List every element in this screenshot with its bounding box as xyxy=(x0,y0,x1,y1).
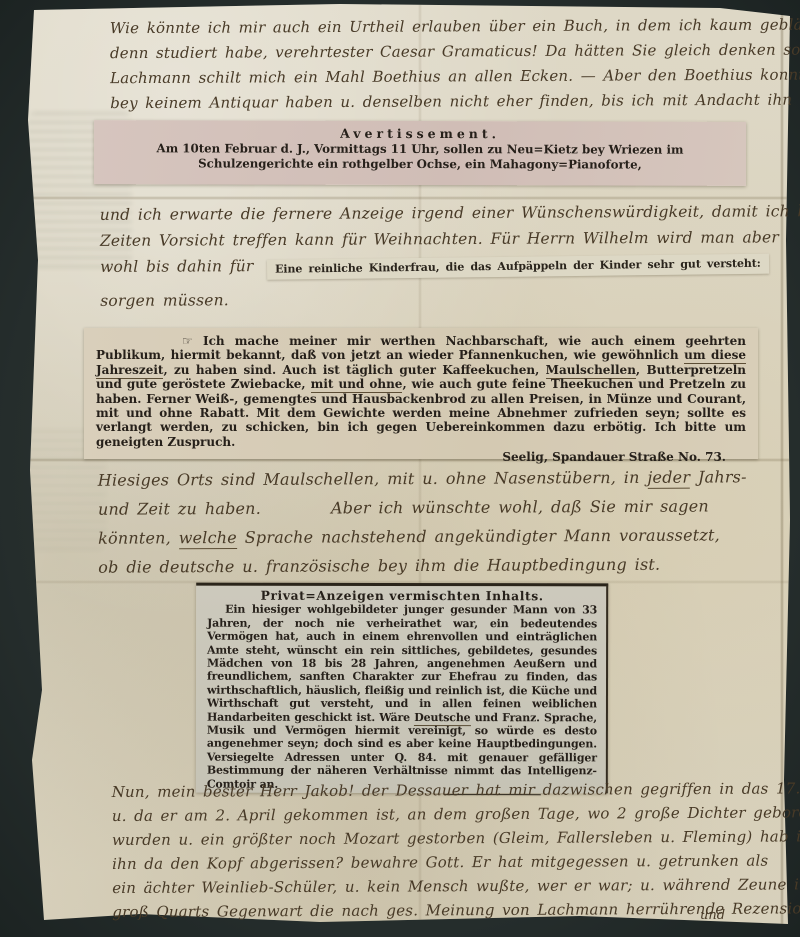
handwritten-line: Nun, mein bester Herr Jakob! der Dessaue… xyxy=(112,776,800,804)
clipping-bakery-ad: ☞ Ich mache meiner mir werthen Nachbarsc… xyxy=(84,328,758,459)
handwritten-line: könnten, welche Sprache nachstehend ange… xyxy=(98,520,747,552)
clipping-avertissement-text: Am 10ten Februar d. J., Vormittags 11 Uh… xyxy=(94,140,746,173)
handwritten-line: denn studiert habe, verehrtester Caesar … xyxy=(110,37,800,66)
handwritten-line: groß Quarts Gegenwart die nach ges. Mein… xyxy=(112,896,800,924)
handwritten-line: wurden u. ein größter noch Mozart gestor… xyxy=(112,824,800,852)
handwritten-line: ihn da den Kopf abgerissen? bewahre Gott… xyxy=(112,848,800,876)
handwritten-line: Hiesiges Orts sind Maulschellen, mit u. … xyxy=(98,462,747,494)
handwritten-line: ein ächter Weinlieb-Schüler, u. kein Men… xyxy=(112,872,800,900)
clipping-personal-ad: Privat=Anzeigen vermischten Inhalts. Ein… xyxy=(196,583,608,794)
clipping-kinderfrau: Eine reinliche Kinderfrau, die das Aufpä… xyxy=(267,254,769,280)
manicule-icon: ☞ xyxy=(182,334,193,348)
handwritten-text: wohl bis dahin für xyxy=(100,257,254,276)
handwritten-line: sorgen müssen. xyxy=(100,284,800,314)
clipping-bakery-body: Ich mache meiner mir werthen Nachbarscha… xyxy=(96,334,746,449)
handwritten-line: Lachmann schilt mich ein Mahl Boethius a… xyxy=(110,62,800,91)
clipping-personal-text: Ein hiesiger wohlgebildeter junger gesun… xyxy=(207,603,597,791)
handwriting-question-block: Hiesiges Orts sind Maulschellen, mit u. … xyxy=(98,462,748,581)
handwriting-bottom-block: Nun, mein bester Herr Jakob! der Dessaue… xyxy=(112,776,800,924)
handwriting-top-block: Wie könnte ich mir auch ein Urtheil erla… xyxy=(110,12,800,116)
handwriting-middle-block: und ich erwarte die fernere Anzeige irge… xyxy=(100,198,800,314)
clipping-bakery-text: ☞ Ich mache meiner mir werthen Nachbarsc… xyxy=(96,334,746,449)
catchword: und xyxy=(700,908,725,923)
handwritten-line: wohl bis dahin fürEine reinliche Kinderf… xyxy=(100,250,800,280)
photograph-background: Wie könnte ich mir auch ein Urtheil erla… xyxy=(0,0,800,937)
handwritten-line: u. da er am 2. April gekommen ist, an de… xyxy=(112,800,800,828)
handwritten-line: und ich erwarte die fernere Anzeige irge… xyxy=(100,198,800,228)
handwritten-line: Zeiten Vorsicht treffen kann für Weihnac… xyxy=(100,224,800,254)
clipping-avertissement: Avertissement. Am 10ten Februar d. J., V… xyxy=(94,120,746,186)
clipping-personal-title: Privat=Anzeigen vermischten Inhalts. xyxy=(207,589,597,603)
handwritten-line: bey keinem Antiquar haben u. denselben n… xyxy=(110,87,800,116)
handwritten-line: Wie könnte ich mir auch ein Urtheil erla… xyxy=(110,12,800,41)
clipping-avertissement-title: Avertissement. xyxy=(94,125,746,142)
handwritten-line: und Zeit zu haben. Aber ich wünschte woh… xyxy=(98,491,747,523)
handwritten-line: ob die deutsche u. französische bey ihm … xyxy=(98,549,747,581)
